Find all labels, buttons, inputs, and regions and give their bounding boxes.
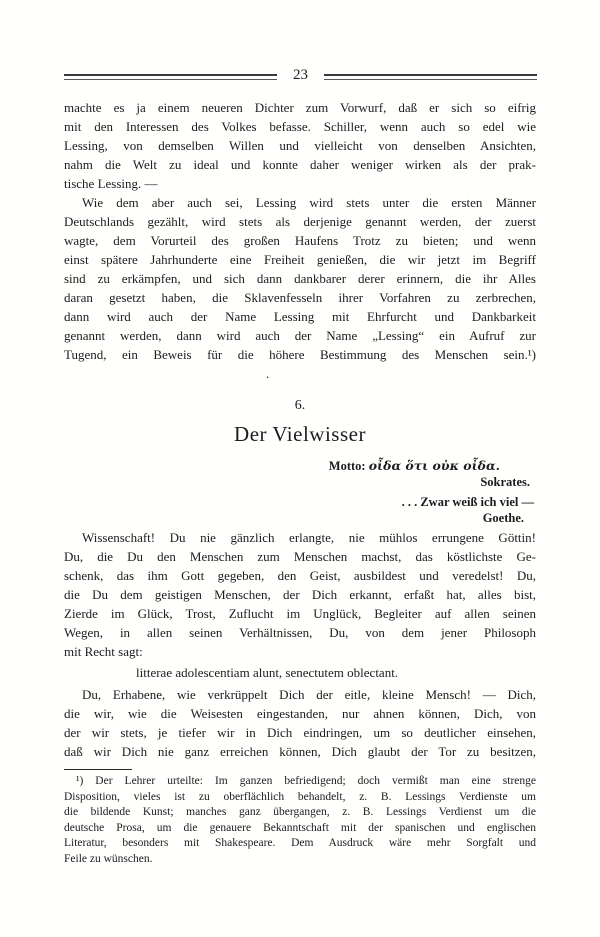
text-line: Disposition, vieles ist zu oberflächlich… [64,790,536,806]
motto-line: Motto: οἶδα ὅτι οὐκ οἶδα. [64,458,536,474]
header-rule-right [324,74,537,80]
text-line: Feile zu wünschen. [64,852,536,868]
motto-attribution-sokrates: Sokrates. [64,474,536,490]
motto-label: Motto: [329,459,366,473]
text-line: mit den Interessen des Volkes befasse. S… [64,117,536,136]
text-line: schenk, das ihm Gott gegeben, den Geist,… [64,566,536,585]
text-line: Deutschlands gezählt, wird stets als der… [64,212,536,231]
text-line: deutsche Prosa, um die genauere Bekannts… [64,821,536,837]
text-line: die wir, wie die Weisesten eingestanden,… [64,704,536,723]
text-line: sind zu erkämpfen, und sich dann dankbar… [64,269,536,288]
page-header: 23 [64,69,537,84]
text-line: daß wir Dich nie ganz erreichen können, … [64,742,536,761]
text-line: daran gesetzt haben, die Sklavenfesseln … [64,288,536,307]
header-rule-left [64,74,277,80]
text-line: wagte, dem Vorurteil des großen Haufens … [64,231,536,250]
text-line: nahm die Welt zu ideal und konnte daher … [64,155,536,174]
latin-quote: litterae adolescentiam alunt, senectutem… [64,663,536,682]
section-number: 6. [64,396,536,415]
book-page: 23 . machte es ja einem neueren Dichter … [0,0,600,937]
paragraph-wissenschaft: Wissenschaft! Du nie gänzlich erlangte, … [64,528,536,661]
text-line: Du, Erhabene, wie verkrüppelt Dich der e… [64,685,536,704]
text-line: die bildende Kunst; manches ganz übergan… [64,805,536,821]
paragraph-du-erhabene: Du, Erhabene, wie verkrüppelt Dich der e… [64,685,536,761]
text-line: Du, die Du den Menschen zum Menschen mac… [64,547,536,566]
text-line: Wie dem aber auch sei, Lessing wird stet… [64,193,536,212]
text-line: einst spätere Jahrhunderte eine Freiheit… [64,250,536,269]
text-line: Zierde im Glück, Trost, Zuflucht im Ungl… [64,604,536,623]
paragraph-continuation: machte es ja einem neueren Dichter zum V… [64,98,536,193]
page-number: 23 [277,68,324,83]
text-line: die Du dem geistigen Menschen, der Dich … [64,585,536,604]
text-line: Literatur, besonders mit Shakespeare. De… [64,836,536,852]
text-line: Tugend, ein Beweis für die höhere Bestim… [64,345,536,364]
paragraph-lessing-legacy: Wie dem aber auch sei, Lessing wird stet… [64,193,536,364]
text-line: genannt werden, dann wird auch der Name … [64,326,536,345]
text-line: machte es ja einem neueren Dichter zum V… [64,98,536,117]
text-line: der wir stets, je tiefer wir in Dich ein… [64,723,536,742]
footnote-block: ¹) Der Lehrer urteilte: Im ganzen befrie… [64,774,536,867]
footnote-separator [64,769,132,770]
text-line: Wissenschaft! Du nie gänzlich erlangte, … [64,528,536,547]
text-line: mit Recht sagt: [64,642,536,661]
motto-block: Motto: οἶδα ὅτι οὐκ οἶδα. Sokrates. . . … [64,458,536,526]
text-line: Wegen, in allen seinen Verhältnissen, Du… [64,623,536,642]
motto-verse-goethe: . . . Zwar weiß ich viel — [64,494,536,510]
motto-greek-quote: οἶδα ὅτι οὐκ οἶδα. [369,458,500,473]
text-line: tische Lessing. — [64,174,536,193]
text-line: Lessing, von demselben Willen und vielle… [64,136,536,155]
section-title: Der Vielwisser [64,419,536,449]
page-content: machte es ja einem neueren Dichter zum V… [64,98,536,867]
motto-attribution-goethe: Goethe. [64,510,536,526]
text-line: dann wird auch der Name Lessing mit Ehrf… [64,307,536,326]
text-line: ¹) Der Lehrer urteilte: Im ganzen befrie… [64,774,536,790]
